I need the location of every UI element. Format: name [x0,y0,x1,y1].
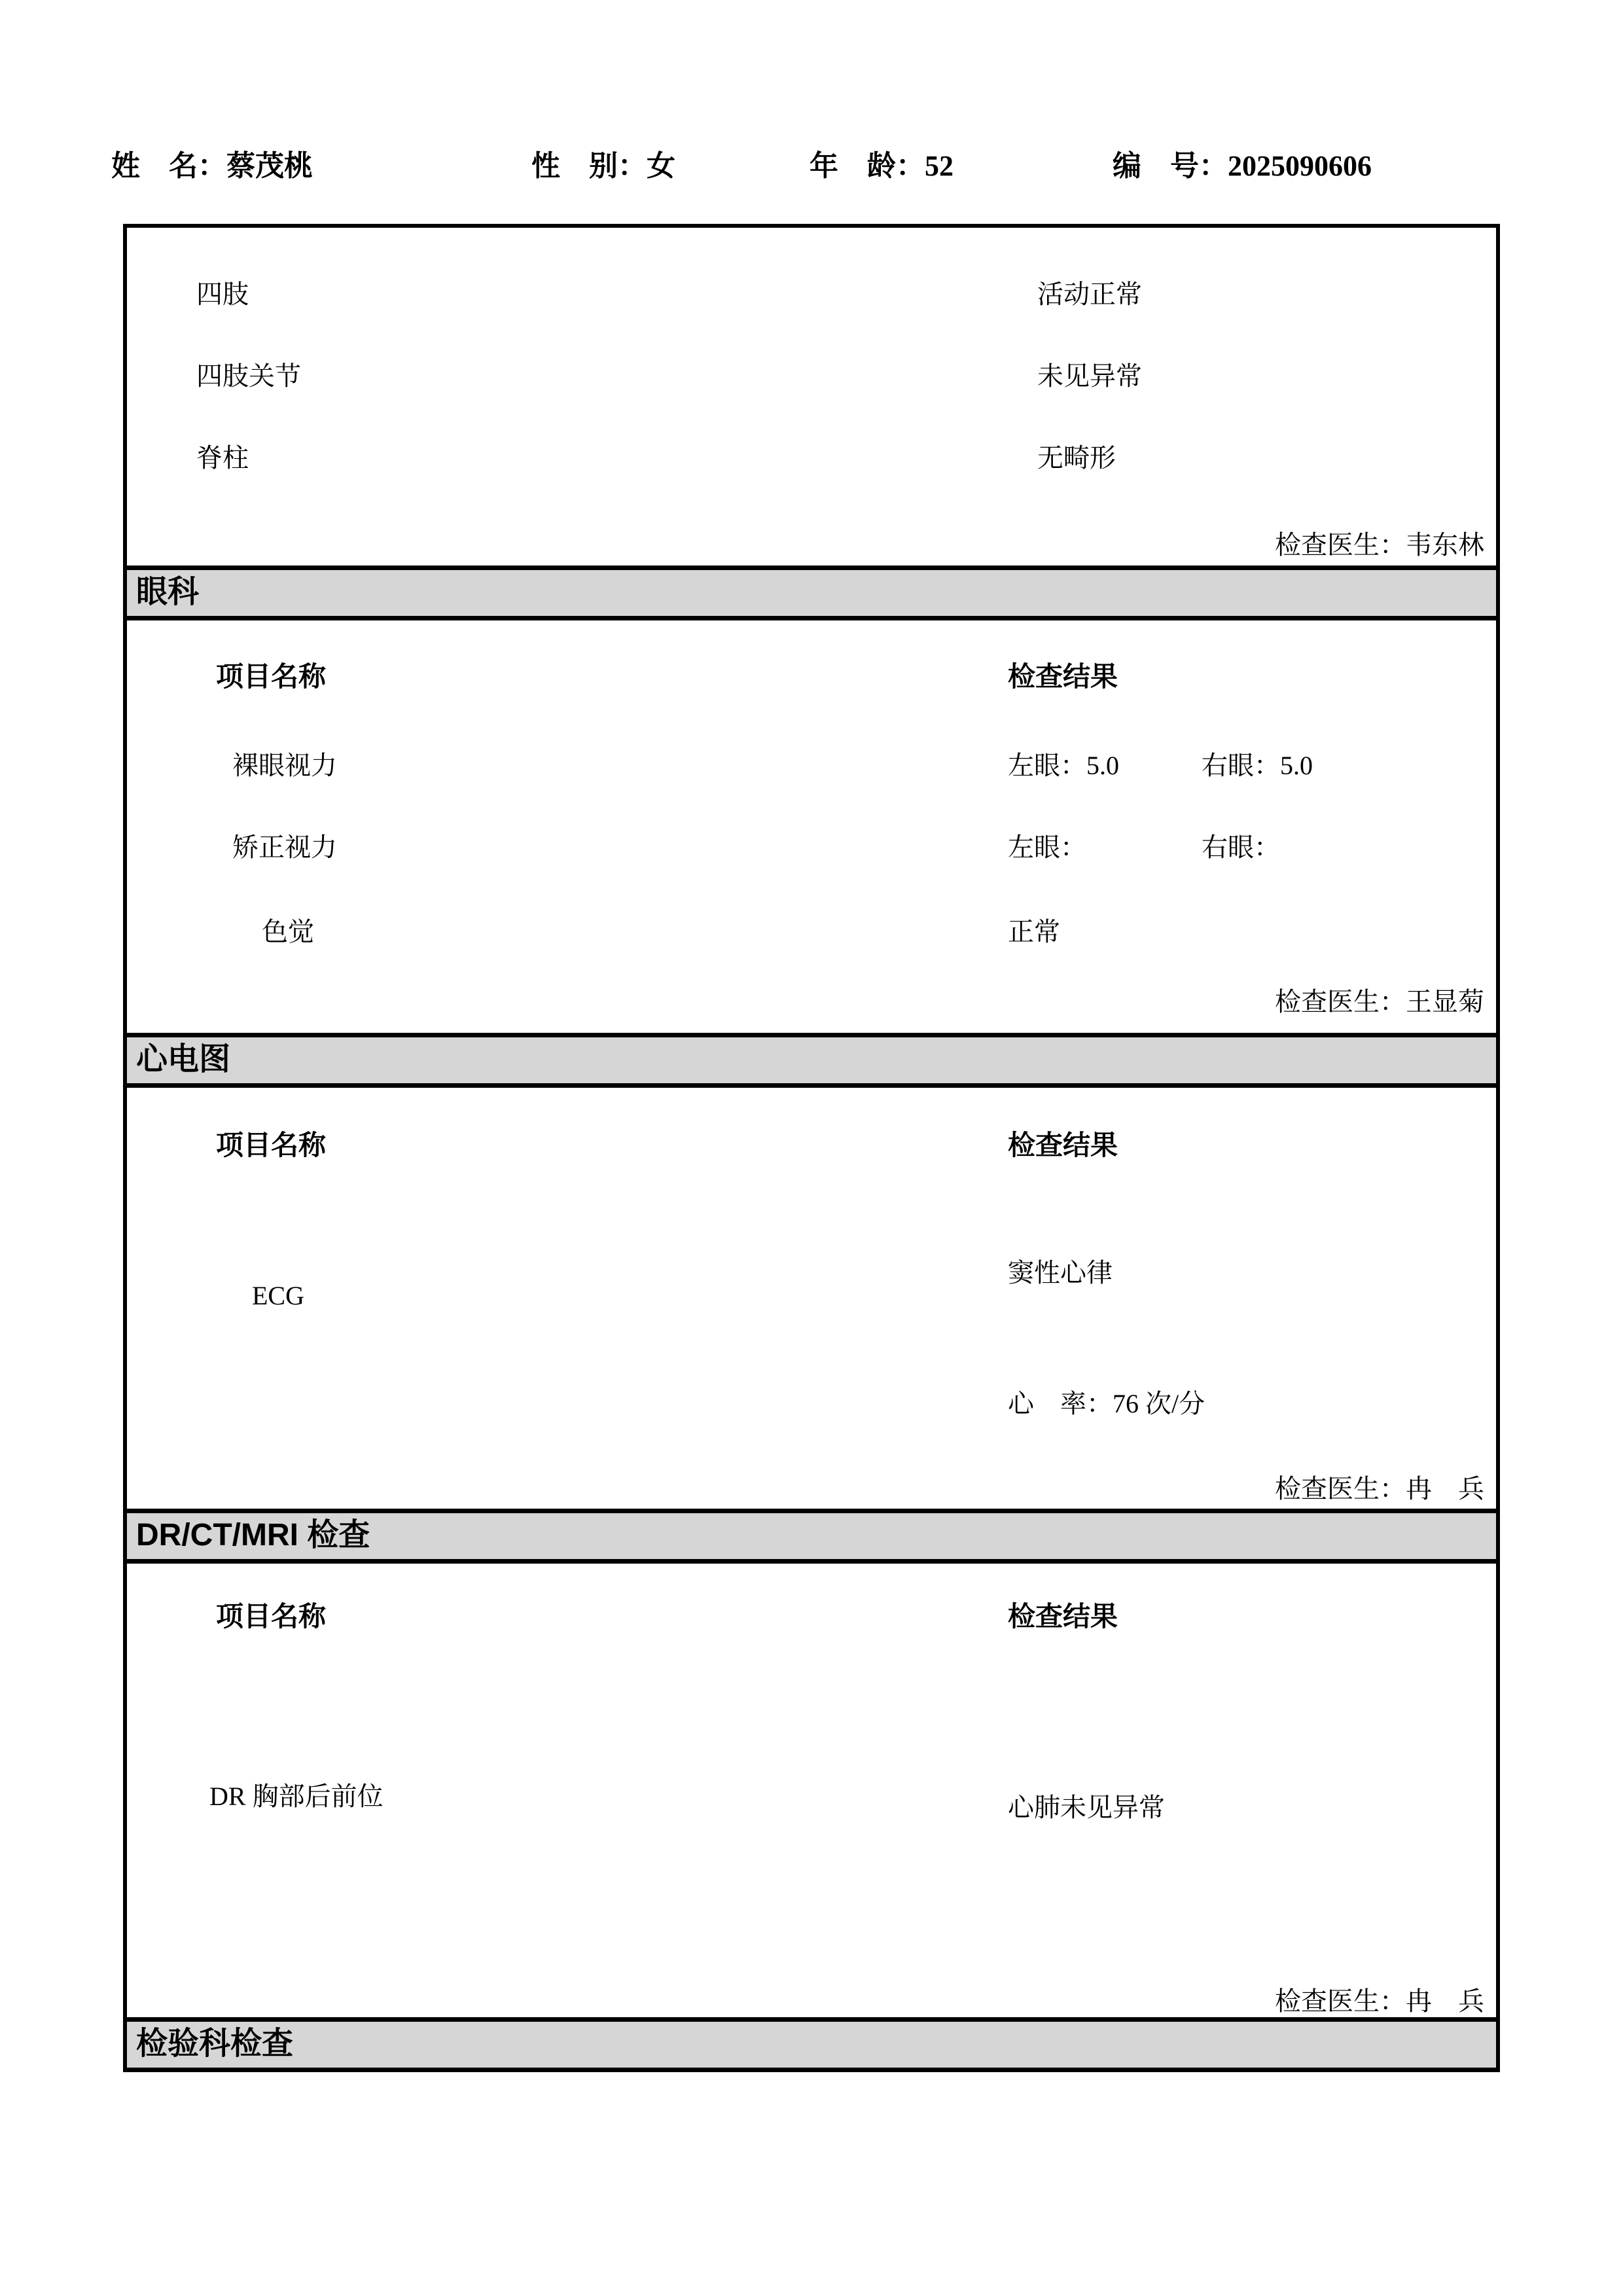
patient-age-field: 年 龄：52 [810,147,954,186]
eye-row-result-left: 左眼：5.0 [1008,747,1119,784]
eye-row-result-right: 右眼： [1202,829,1280,866]
ecg-result-rhythm: 窦性心律 [1008,1255,1113,1291]
patient-name-field: 姓 名：蔡茂桃 [111,147,313,186]
physical-doctor-line: 检查医生：韦东林 [127,527,1496,564]
imaging-col-item-header: 项目名称 [216,1598,326,1635]
section-title-ecg: 心电图 [127,1037,1496,1082]
patient-code-value: 2025090606 [1228,150,1372,182]
eye-col-result-header: 检查结果 [1008,658,1118,695]
physical-row-result: 未见异常 [1037,358,1142,395]
eye-row-result-right: 右眼：5.0 [1202,747,1313,784]
patient-gender-label: 性 别： [531,150,647,182]
patient-header: 姓 名：蔡茂桃 性 别：女 年 龄：52 编 号：2025090606 [0,147,1623,186]
eye-col-item-header: 项目名称 [216,658,326,695]
patient-name-label: 姓 名： [111,150,226,182]
patient-age-value: 52 [925,150,954,182]
section-title-eye: 眼科 [127,570,1496,615]
physical-row-item: 四肢关节 [196,358,301,395]
ecg-col-result-header: 检查结果 [1008,1127,1118,1164]
patient-age-label: 年 龄： [810,150,925,182]
eye-doctor-line: 检查医生：王显菊 [127,984,1496,1020]
ecg-result-rate: 心 率：76 次/分 [1008,1386,1205,1422]
imaging-row-item: DR 胸部后前位 [209,1778,383,1815]
eye-row-item: 矫正视力 [232,829,337,866]
physical-row-result: 活动正常 [1037,276,1142,313]
imaging-col-result-header: 检查结果 [1008,1598,1118,1635]
eye-row-result: 正常 [1008,914,1060,950]
eye-row-result-left: 左眼： [1008,829,1086,866]
patient-gender-value: 女 [647,150,675,182]
report-table: 四肢 活动正常 四肢关节 未见异常 脊柱 无畸形 检查医生：韦东林 眼科 项目名… [123,224,1500,2072]
section-header-imaging: DR/CT/MRI 检查 [127,1509,1496,1564]
ecg-col-item-header: 项目名称 [216,1127,326,1164]
eye-row-item: 裸眼视力 [232,747,337,784]
patient-code-label: 编 号： [1113,150,1228,182]
section-title-lab: 检验科检查 [127,2022,1496,2066]
imaging-doctor-line: 检查医生：冉 兵 [127,1983,1496,2020]
patient-code-field: 编 号：2025090606 [1113,147,1372,186]
ecg-doctor-line: 检查医生：冉 兵 [127,1471,1496,1507]
patient-gender-field: 性 别：女 [531,147,675,186]
section-title-imaging: DR/CT/MRI 检查 [127,1513,1496,1558]
eye-row-item: 色觉 [262,914,314,950]
section-header-ecg: 心电图 [127,1033,1496,1088]
medical-report-page: 姓 名：蔡茂桃 性 别：女 年 龄：52 编 号：2025090606 四肢 活… [0,0,1623,2296]
patient-name-value: 蔡茂桃 [226,150,313,182]
physical-row-result: 无畸形 [1037,440,1116,476]
ecg-row-item: ECG [252,1278,304,1314]
imaging-row-result: 心肺未见异常 [1008,1789,1165,1826]
physical-row-item: 脊柱 [196,440,249,476]
section-header-lab: 检验科检查 [127,2017,1496,2072]
physical-row-item: 四肢 [196,276,249,313]
section-header-eye: 眼科 [127,565,1496,620]
